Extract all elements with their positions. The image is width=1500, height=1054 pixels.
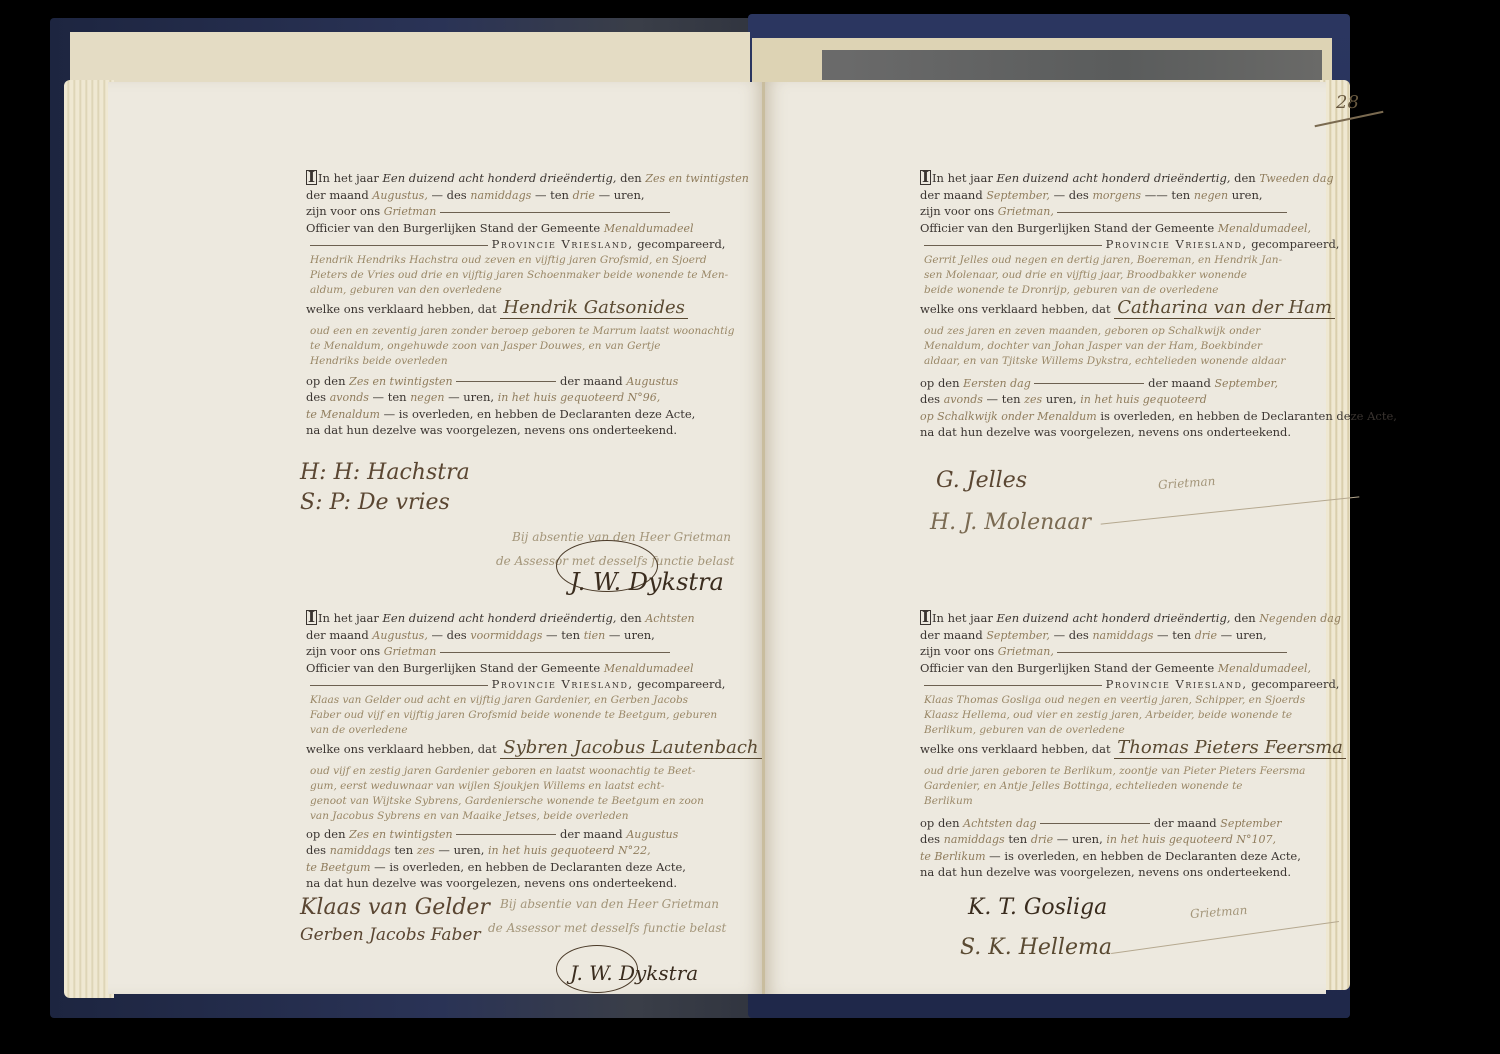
- act-municipality: Menaldumadeel,: [1218, 662, 1311, 675]
- death-day: Eersten dag: [963, 377, 1031, 390]
- witness-signature: K. T. Gosliga: [968, 895, 1107, 920]
- witness-signature: H. J. Molenaar: [930, 510, 1091, 535]
- act-day: Negenden dag: [1259, 612, 1341, 625]
- act-municipality: Menaldumadeel,: [1218, 222, 1311, 235]
- flyleaf-right: [752, 38, 1332, 86]
- act-witnesses: Hendrik Hendriks Hachstra oud zeven en v…: [306, 253, 746, 298]
- death-act-3: IIn het jaar Een duizend acht honderd dr…: [920, 170, 1360, 441]
- deceased-name: Sybren Jacobus Lautenbach: [500, 737, 761, 759]
- book-gutter: [762, 82, 765, 994]
- act-month: September,: [986, 189, 1050, 202]
- death-place: in het huis gequoteerd N°107,: [1106, 833, 1276, 846]
- act-witnesses: Klaas van Gelder oud acht en vijftig jar…: [306, 693, 746, 738]
- deceased-details: oud vijf en zestig jaren Gardenier gebor…: [306, 764, 746, 824]
- death-month: September: [1220, 817, 1281, 830]
- death-act-1: IIn het jaar Een duizend acht honderd dr…: [306, 170, 746, 439]
- witness-signature: G. Jelles: [936, 468, 1027, 493]
- act-day: Zes en twintigsten: [645, 172, 748, 185]
- deceased-details: oud zes jaren en zeven maanden, geboren …: [920, 324, 1360, 369]
- decorative-initial: I: [920, 610, 931, 625]
- act-witnesses: Klaas Thomas Gosliga oud negen en veerti…: [920, 693, 1360, 738]
- act-hour: negen: [1194, 189, 1228, 202]
- page-edges-left: [64, 80, 114, 998]
- act-hour: drie: [1195, 629, 1217, 642]
- witness-signature: S: P: De vries: [300, 490, 450, 515]
- official-signature: J. W. Dykstra: [570, 568, 724, 596]
- act-municipality: Menaldumadeel: [604, 222, 694, 235]
- act-day: Tweeden dag: [1259, 172, 1333, 185]
- act-municipality: Menaldumadeel: [604, 662, 694, 675]
- death-day: Zes en twintigsten: [349, 375, 452, 388]
- act-hour: drie: [573, 189, 595, 202]
- act-official: Grietman,: [998, 205, 1054, 218]
- act-day: Achtsten: [645, 612, 694, 625]
- death-day: Zes en twintigsten: [349, 828, 452, 841]
- death-month: Augustus: [626, 828, 678, 841]
- act-daypart: voormiddags: [470, 629, 542, 642]
- act-daypart: morgens: [1092, 189, 1141, 202]
- act-official: Grietman,: [998, 645, 1054, 658]
- decorative-initial: I: [306, 610, 317, 625]
- annotation: Bij absentie van den Heer Grietman: [500, 897, 719, 911]
- page-number: 28: [1336, 92, 1359, 113]
- death-month: Augustus: [626, 375, 678, 388]
- official-signature: J. W. Dykstra: [570, 961, 698, 985]
- deceased-name: Catharina van der Ham: [1114, 297, 1335, 319]
- act-hour: tien: [584, 629, 606, 642]
- act-official: Grietman: [384, 645, 437, 658]
- decorative-initial: I: [920, 170, 931, 185]
- death-act-4: IIn het jaar Een duizend acht honderd dr…: [920, 610, 1360, 881]
- act-witnesses: Gerrit Jelles oud negen en dertig jaren,…: [920, 253, 1360, 298]
- witness-signature: Gerben Jacobs Faber: [300, 925, 481, 945]
- death-month: September,: [1214, 377, 1278, 390]
- deceased-details: oud drie jaren geboren te Berlikum, zoon…: [920, 764, 1360, 809]
- death-place: in het huis gequoteerd N°96,: [498, 391, 661, 404]
- deceased-name: Hendrik Gatsonides: [500, 297, 688, 319]
- act-month: Augustus,: [372, 629, 427, 642]
- deceased-details: oud een en zeventig jaren zonder beroep …: [306, 324, 746, 369]
- annotation: de Assessor met desselfs functie belast: [488, 921, 726, 935]
- witness-signature: Klaas van Gelder: [300, 895, 490, 920]
- death-act-2: IIn het jaar Een duizend acht honderd dr…: [306, 610, 746, 892]
- flyleaf-left: [70, 32, 750, 84]
- witness-signature: S. K. Hellema: [960, 935, 1112, 960]
- act-month: September,: [986, 629, 1050, 642]
- death-day: Achtsten dag: [963, 817, 1036, 830]
- act-daypart: namiddags: [1092, 629, 1153, 642]
- act-official: Grietman: [384, 205, 437, 218]
- decorative-initial: I: [306, 170, 317, 185]
- deceased-name: Thomas Pieters Feersma: [1114, 737, 1346, 759]
- death-place: in het huis gequoteerd: [1080, 393, 1206, 406]
- witness-signature: H: H: Hachstra: [300, 460, 470, 485]
- act-month: Augustus,: [372, 189, 427, 202]
- act-daypart: namiddags: [470, 189, 531, 202]
- death-place: in het huis gequoteerd N°22,: [488, 844, 651, 857]
